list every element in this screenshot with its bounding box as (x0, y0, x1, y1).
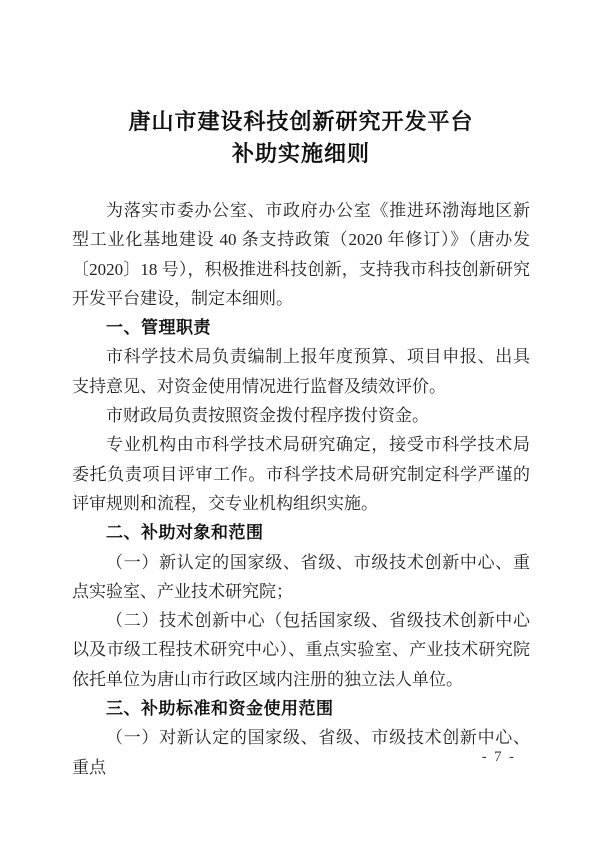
section-heading-1: 一、管理职责 (72, 313, 530, 342)
document-title: 唐山市建设科技创新研究开发平台 补助实施细则 (72, 106, 530, 170)
paragraph-truncated: （一）对新认定的国家级、省级、市级技术创新中心、重点 (72, 723, 530, 782)
document-page: 唐山市建设科技创新研究开发平台 补助实施细则 为落实市委办公室、市政府办公室《推… (0, 0, 600, 848)
document-content: 唐山市建设科技创新研究开发平台 补助实施细则 为落实市委办公室、市政府办公室《推… (72, 106, 530, 782)
paragraph: 市科学技术局负责编制上报年度预算、项目申报、出具支持意见、对资金使用情况进行监督… (72, 342, 530, 401)
paragraph: （二）技术创新中心（包括国家级、省级技术创新中心以及市级工程技术研究中心）、重点… (72, 606, 530, 694)
page-number: - 7 - (482, 748, 516, 766)
paragraph: 市财政局负责按照资金拨付程序拨付资金。 (72, 401, 530, 430)
section-heading-3: 三、补助标准和资金使用范围 (72, 694, 530, 723)
paragraph: 专业机构由市科学技术局研究确定，接受市科学技术局委托负责项目评审工作。市科学技术… (72, 430, 530, 518)
paragraph-intro: 为落实市委办公室、市政府办公室《推进环渤海地区新型工业化基地建设 40 条支持政… (72, 196, 530, 313)
document-title-line-2: 补助实施细则 (72, 138, 530, 170)
section-heading-2: 二、补助对象和范围 (72, 518, 530, 547)
paragraph: （一）新认定的国家级、省级、市级技术创新中心、重点实验室、产业技术研究院； (72, 548, 530, 607)
document-title-line-1: 唐山市建设科技创新研究开发平台 (72, 106, 530, 138)
